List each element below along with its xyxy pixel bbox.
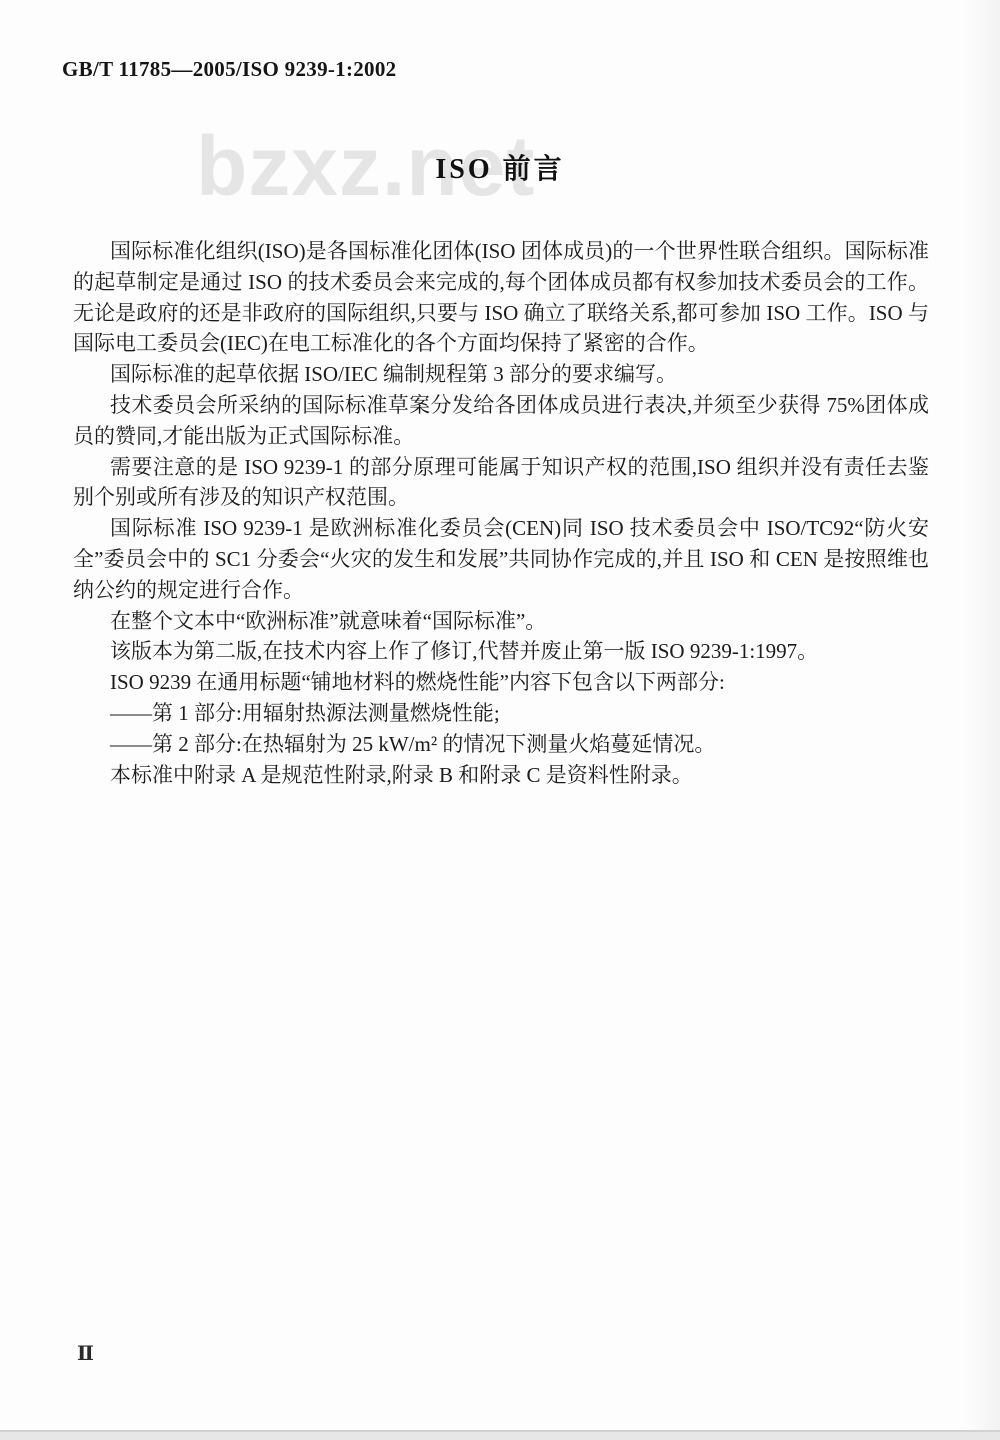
foreword-body-text: 国际标准化组织(ISO)是各国标准化团体(ISO 团体成员)的一个世界性联合组织… xyxy=(73,236,929,790)
body-paragraph: ——第 2 部分:在热辐射为 25 kW/m² 的情况下测量火焰蔓延情况。 xyxy=(73,729,929,760)
body-paragraph: 技术委员会所采纳的国际标准草案分发给各团体成员进行表决,并须至少获得 75%团体… xyxy=(73,390,929,452)
body-paragraph: 国际标准 ISO 9239-1 是欧洲标准化委员会(CEN)同 ISO 技术委员… xyxy=(73,513,929,605)
body-paragraph: 国际标准化组织(ISO)是各国标准化团体(ISO 团体成员)的一个世界性联合组织… xyxy=(73,236,929,359)
body-paragraph: 本标准中附录 A 是规范性附录,附录 B 和附录 C 是资料性附录。 xyxy=(73,760,929,791)
page-title: ISO 前言 xyxy=(0,147,1000,187)
body-paragraph: 需要注意的是 ISO 9239-1 的部分原理可能属于知识产权的范围,ISO 组… xyxy=(73,452,929,514)
page-number: Ⅱ xyxy=(77,1341,94,1366)
body-paragraph: 在整个文本中“欧洲标准”就意味着“国际标准”。 xyxy=(73,606,929,637)
body-paragraph: 国际标准的起草依据 ISO/IEC 编制规程第 3 部分的要求编写。 xyxy=(73,359,929,390)
scan-bottom-edge xyxy=(0,1430,1000,1440)
body-paragraph: ISO 9239 在通用标题“铺地材料的燃烧性能”内容下包含以下两部分: xyxy=(73,667,929,698)
body-paragraph: ——第 1 部分:用辐射热源法测量燃烧性能; xyxy=(73,698,929,729)
standard-number-header: GB/T 11785—2005/ISO 9239-1:2002 xyxy=(62,57,396,82)
scanned-document-page: GB/T 11785—2005/ISO 9239-1:2002 bzxz.net… xyxy=(0,0,1000,1440)
body-paragraph: 该版本为第二版,在技术内容上作了修订,代替并废止第一版 ISO 9239-1:1… xyxy=(73,636,929,667)
